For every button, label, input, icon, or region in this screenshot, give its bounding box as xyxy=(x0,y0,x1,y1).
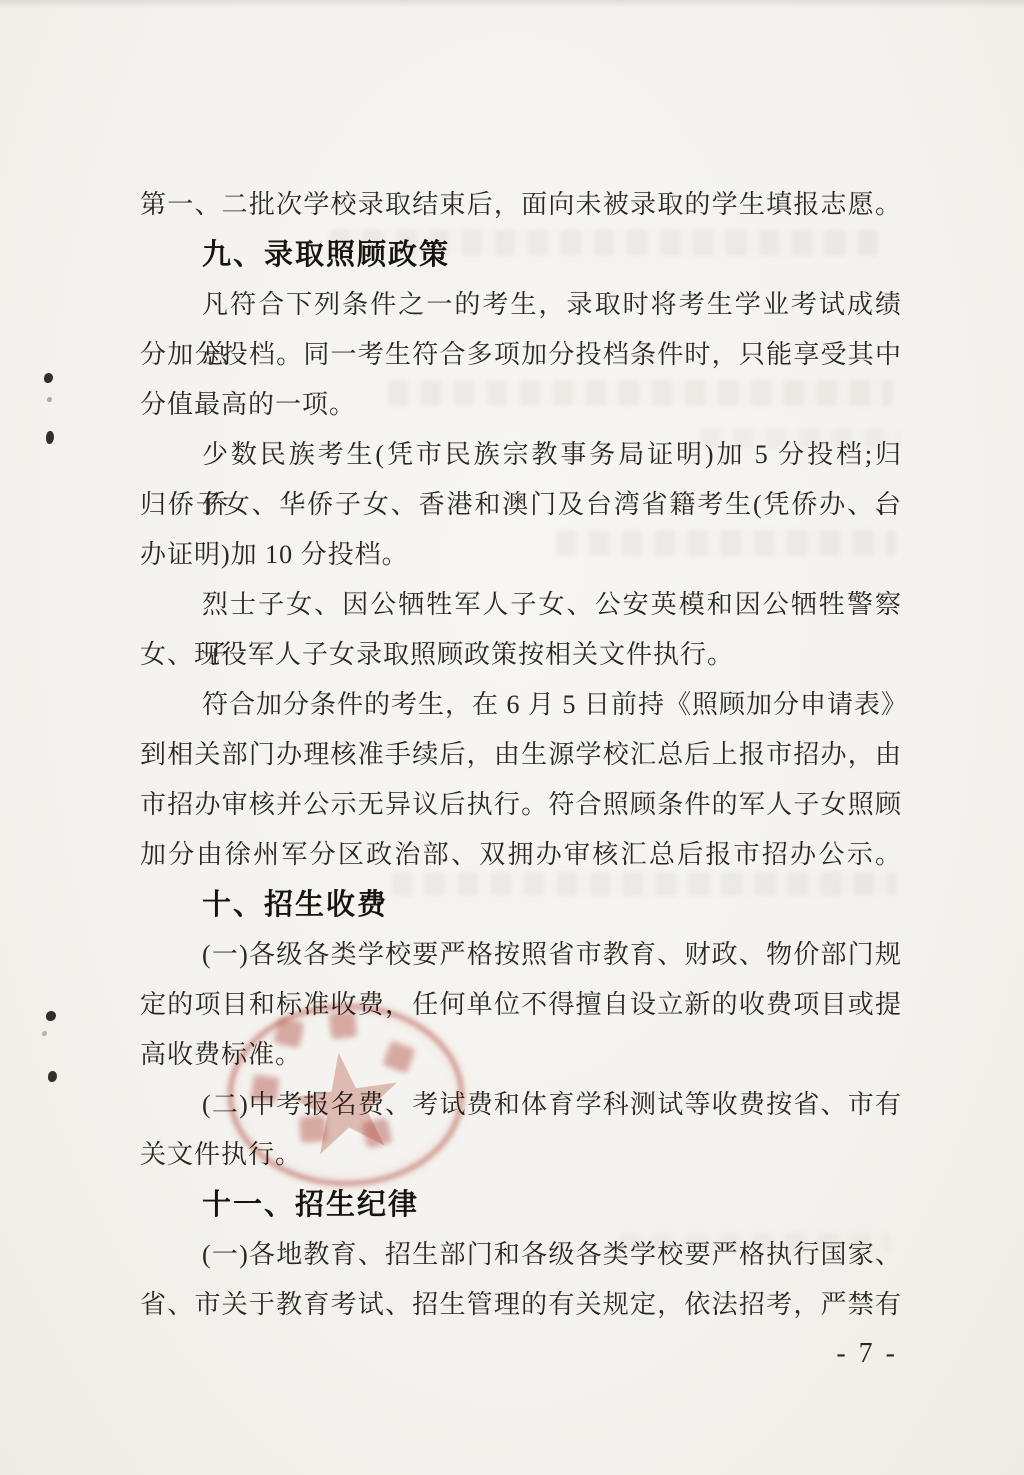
body-text-line: 省、市关于教育考试、招生管理的有关规定，依法招考，严禁有 xyxy=(140,1280,902,1330)
heading-section-9: 九、录取照顾政策 xyxy=(140,230,902,280)
body-text-line: 凡符合下列条件之一的考生，录取时将考生学业考试成绩总 xyxy=(140,280,902,330)
heading-section-10: 十、招生收费 xyxy=(140,880,902,930)
body-text-line: (一)各地教育、招生部门和各级各类学校要严格执行国家、 xyxy=(140,1230,902,1280)
body-text-line: 市招办审核并公示无异议后执行。符合照顾条件的军人子女照顾 xyxy=(140,780,902,830)
page-number: - 7 - xyxy=(836,1338,898,1370)
body-text-line: 到相关部门办理核准手续后，由生源学校汇总后上报市招办，由 xyxy=(140,730,902,780)
body-text-line: 分值最高的一项。 xyxy=(140,380,902,430)
body-text-line: 女、现役军人子女录取照顾政策按相关文件执行。 xyxy=(140,630,902,680)
body-text-line: 办证明)加 10 分投档。 xyxy=(140,530,902,580)
body-text-line: 符合加分条件的考生，在 6 月 5 日前持《照顾加分申请表》 xyxy=(140,680,902,730)
body-text-line: 关文件执行。 xyxy=(140,1130,902,1180)
body-text-line: 第一、二批次学校录取结束后，面向未被录取的学生填报志愿。 xyxy=(140,180,902,230)
body-text-line: 高收费标准。 xyxy=(140,1030,902,1080)
body-text-line: (一)各级各类学校要严格按照省市教育、财政、物价部门规 xyxy=(140,930,902,980)
heading-section-11: 十一、招生纪律 xyxy=(140,1180,902,1230)
body-text-line: 归侨子女、华侨子女、香港和澳门及台湾省籍考生(凭侨办、台 xyxy=(140,480,902,530)
scan-edge-shadow xyxy=(0,0,1024,8)
body-text-line: 加分由徐州军分区政治部、双拥办审核汇总后报市招办公示。 xyxy=(140,830,902,880)
ink-spot xyxy=(46,431,54,444)
ink-spot xyxy=(44,373,53,383)
body-text-line: (二)中考报名费、考试费和体育学科测试等收费按省、市有 xyxy=(140,1080,902,1130)
ink-spot xyxy=(47,397,52,402)
ink-spot xyxy=(42,1031,47,1036)
ink-spot xyxy=(46,1011,56,1021)
body-text-line: 定的项目和标准收费，任何单位不得擅自设立新的收费项目或提 xyxy=(140,980,902,1030)
body-text-line: 少数民族考生(凭市民族宗教事务局证明)加 5 分投档;归侨、 xyxy=(140,430,902,480)
ink-spot xyxy=(48,1071,57,1082)
body-text-line: 分加分投档。同一考生符合多项加分投档条件时，只能享受其中 xyxy=(140,330,902,380)
body-text-line: 烈士子女、因公牺牲军人子女、公安英模和因公牺牲警察子 xyxy=(140,580,902,630)
scanned-document-page: 第一、二批次学校录取结束后，面向未被录取的学生填报志愿。 九、录取照顾政策 凡符… xyxy=(0,0,1024,1475)
document-body: 第一、二批次学校录取结束后，面向未被录取的学生填报志愿。 九、录取照顾政策 凡符… xyxy=(140,180,902,1330)
